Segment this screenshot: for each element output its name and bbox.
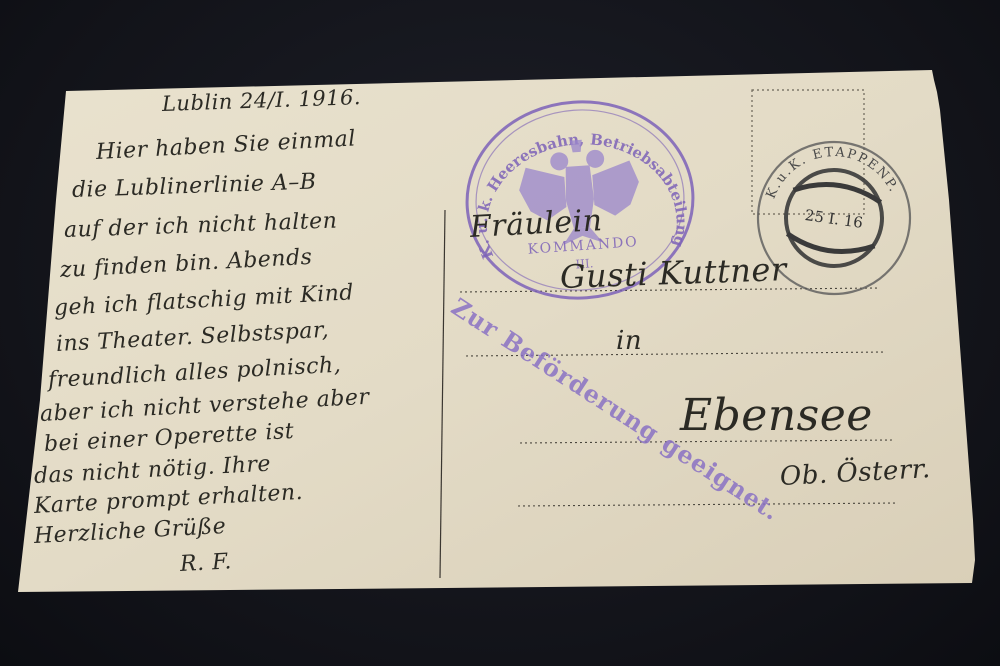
address-name: Gusti Kuttner (559, 250, 787, 296)
address-salutation: Fräulein (469, 203, 603, 245)
postmark-date: 25 I. 16 (804, 206, 864, 232)
postmark-ring-text: K.u.K. ETAPPENP. (763, 136, 906, 218)
postcard: Lublin 24/I. 1916. Hier haben Sie einmal… (0, 0, 1000, 666)
address-preposition: in (616, 326, 642, 356)
svg-text:K.u.K. ETAPPENP.: K.u.K. ETAPPENP. (763, 136, 906, 218)
address-town: Ebensee (680, 390, 873, 441)
message-signature: R. F. (179, 549, 232, 577)
